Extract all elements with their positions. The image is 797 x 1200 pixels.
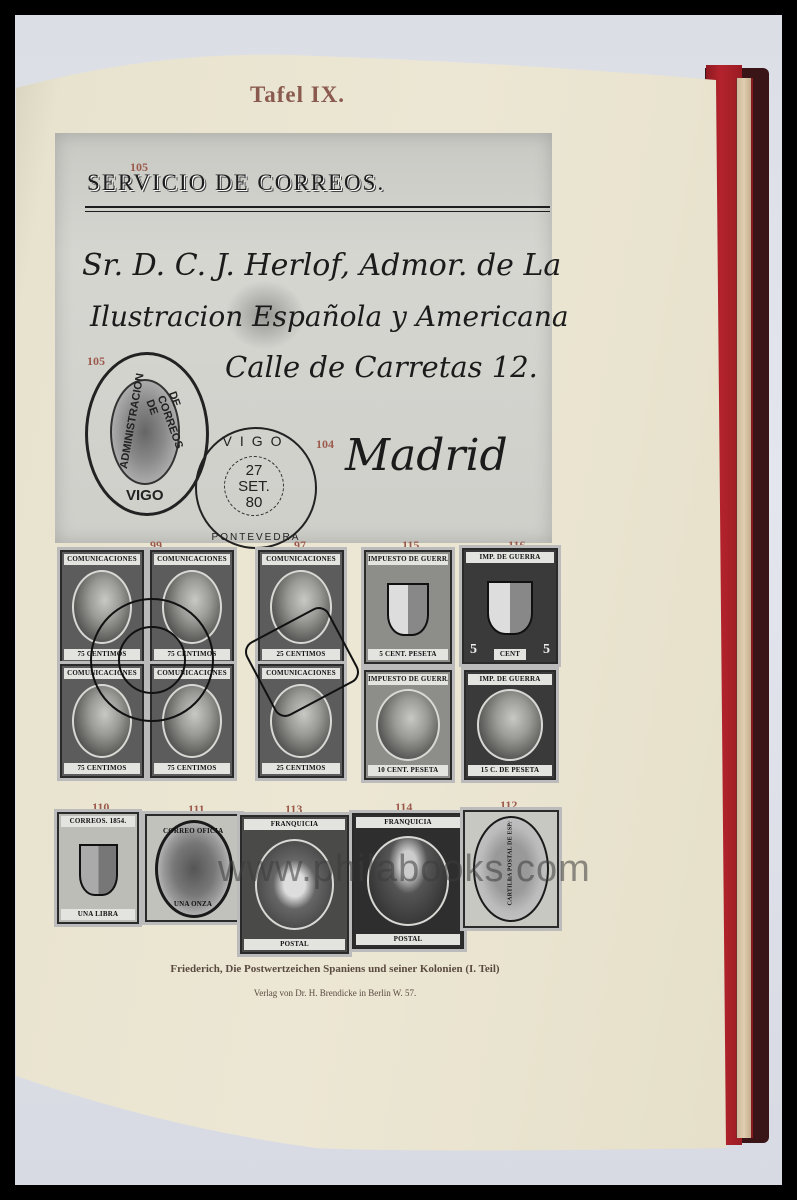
stamp-bottom-text: POSTAL: [356, 934, 460, 945]
envelope-heading: SERVICIO DE CORREOS.: [87, 170, 385, 196]
circular-date-stamp: VIGO 27 SET. 80 PONTEVEDRA: [195, 427, 317, 549]
stamp-bottom-text: 5 CENT. PESETA: [368, 649, 448, 660]
coat-of-arms-icon: [387, 583, 429, 636]
stamp-top-text: CORREO OFICIAL: [163, 826, 223, 837]
date-stamp-center: 27 SET. 80: [224, 456, 284, 516]
heading-rule: [85, 206, 550, 208]
stamp-bottom-text: 25 CENTIMOS: [262, 763, 340, 774]
oval-seal-number: 105: [87, 354, 105, 369]
caption-publisher: Verlag von Dr. H. Brendicke in Berlin W.…: [15, 988, 655, 998]
address-line-4: Madrid: [345, 430, 508, 481]
stamp-top-text: IMP. DE GUERRA: [468, 674, 552, 685]
stamp-bottom-text: 75 CENTIMOS: [64, 763, 140, 774]
date-stamp-year: 80: [225, 495, 283, 511]
address-line-3: Calle de Carretas 12.: [225, 350, 538, 384]
date-stamp-town: VIGO: [197, 433, 315, 449]
date-stamp-number: 104: [316, 437, 334, 452]
stamp-bottom-text: CENT: [494, 649, 526, 660]
stamp-top-text: FRANQUICIA: [356, 817, 460, 828]
stamp-top-text: IMPUESTO DE GUERRA: [368, 674, 448, 685]
stamp-top-text: CORREOS. 1854.: [61, 816, 135, 827]
heading-rule-thin: [85, 211, 550, 212]
coat-of-arms-icon: [487, 581, 533, 635]
stamp-value-left: 5: [470, 642, 477, 658]
address-line-1: Sr. D. C. J. Herlof, Admor. de La: [82, 248, 561, 283]
stamp-bottom-text: 75 CENTIMOS: [154, 763, 230, 774]
stamp-impuesto-guerra-5c: IMPUESTO DE GUERRA 5 CENT. PESETA: [364, 550, 452, 664]
stamp-bottom-text: POSTAL: [244, 939, 345, 950]
stamp-bottom-text: 15 C. DE PESETA: [468, 765, 552, 776]
watermark-text: www.philabooks.com: [218, 848, 591, 891]
circular-postmark-inner: [118, 626, 186, 694]
caption-title: Friederich, Die Postwertzeichen Spaniens…: [15, 963, 655, 975]
stamp-top-text: FRANQUICIA: [244, 819, 345, 830]
portrait-icon: [376, 689, 440, 761]
address-line-2: Ilustracion Española y Americana: [90, 300, 569, 333]
stamp-bottom-text: 10 CENT. PESETA: [368, 765, 448, 776]
stamp-imp-guerra-15c: IMP. DE GUERRA 15 C. DE PESETA: [464, 670, 556, 780]
oval-seal-stamp: ADMINISTRACION DE CORREOS DE VIGO: [85, 352, 209, 516]
portrait-icon: [477, 689, 544, 761]
stamp-top-text: IMP. DE GUERRA: [466, 552, 554, 563]
stamp-correos-1854-una-libra: CORREOS. 1854. UNA LIBRA: [57, 812, 139, 924]
stamp-impuesto-guerra-10c: IMPUESTO DE GUERRA 10 CENT. PESETA: [364, 670, 452, 780]
plate-title: Tafel IX.: [250, 82, 345, 108]
date-stamp-day: 27: [225, 463, 283, 479]
stamp-top-text: COMUNICACIONES: [154, 554, 230, 565]
stamp-bottom-text: UNA ONZA: [163, 899, 223, 910]
stamp-top-text: IMPUESTO DE GUERRA: [368, 554, 448, 565]
stamp-top-text: COMUNICACIONES: [64, 554, 140, 565]
stamp-top-text: COMUNICACIONES: [262, 554, 340, 565]
stamp-imp-guerra-5cent: IMP. DE GUERRA 5 CENT 5: [462, 548, 558, 664]
date-stamp-month: SET.: [225, 479, 283, 495]
seal-text-bottom: VIGO: [126, 487, 164, 504]
stamp-bottom-text: UNA LIBRA: [61, 909, 135, 920]
coat-of-arms-icon: [79, 844, 118, 896]
book-page-edges: [736, 78, 753, 1138]
stamp-value-right: 5: [543, 642, 550, 658]
